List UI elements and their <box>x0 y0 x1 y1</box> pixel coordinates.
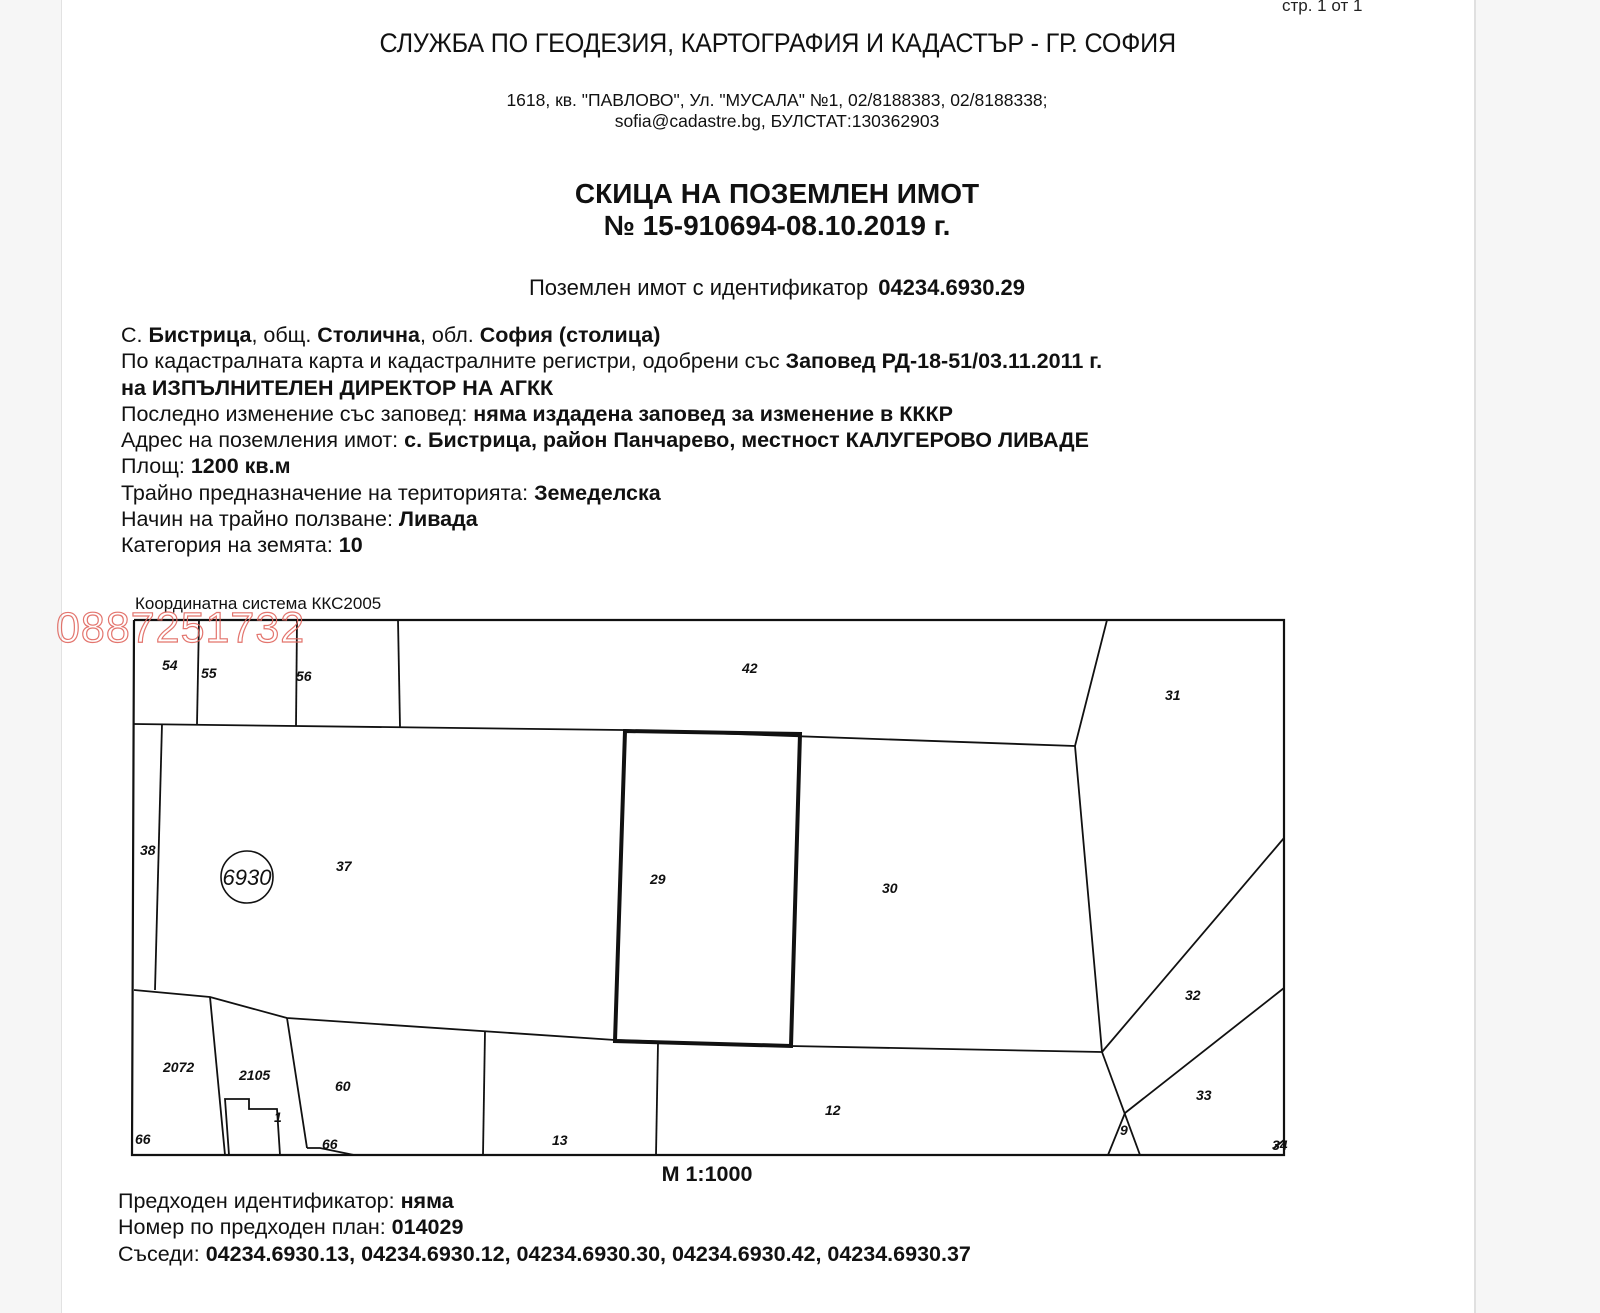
phone-watermark: 0887251732 <box>56 604 305 653</box>
area-line: Площ: 1200 кв.м <box>121 453 1102 479</box>
parcel-label: 55 <box>201 665 217 681</box>
area-value: 1200 кв.м <box>191 454 291 478</box>
footer-info: Предходен идентификатор: няма Номер по п… <box>118 1188 971 1267</box>
agency-contact: sofia@cadastre.bg, БУЛСТАТ:130362903 <box>62 111 1492 132</box>
agency-address: 1618, кв. "ПАВЛОВО", Ул. "МУСАЛА" №1, 02… <box>62 90 1492 111</box>
parcel-label: 32 <box>1185 987 1201 1003</box>
usage-line: Начин на трайно ползване: Ливада <box>121 506 1102 532</box>
map-scale: М 1:1000 <box>62 1162 1352 1187</box>
approval-order: Заповед РД-18-51/03.11.2011 г. <box>786 349 1102 373</box>
subject-parcel-outline <box>615 731 800 1046</box>
subject-parcel-label: 29 <box>649 871 666 887</box>
parcel-label: 9 <box>1120 1122 1128 1138</box>
parcel-label: 12 <box>825 1102 841 1118</box>
property-identifier: Поземлен имот с идентификатор04234.6930.… <box>62 275 1492 301</box>
parcel-label: 54 <box>162 657 178 673</box>
parcel-label: 30 <box>882 880 898 896</box>
property-info: С. Бистрица, общ. Столична, обл. София (… <box>121 322 1102 559</box>
location-line: С. Бистрица, общ. Столична, обл. София (… <box>121 322 1102 348</box>
identifier-label: Поземлен имот с идентификатор <box>529 275 868 300</box>
parcel-label: 42 <box>741 660 758 676</box>
neighbours-line: Съседи: 04234.6930.13, 04234.6930.12, 04… <box>118 1241 971 1267</box>
municipality: Столична <box>317 323 420 347</box>
identifier-value: 04234.6930.29 <box>878 275 1025 300</box>
neighbours-value: 04234.6930.13, 04234.6930.12, 04234.6930… <box>206 1242 971 1266</box>
document-page: стр. 1 от 1 СЛУЖБА ПО ГЕОДЕЗИЯ, КАРТОГРА… <box>61 0 1476 1313</box>
previous-id-line: Предходен идентификатор: няма <box>118 1188 971 1214</box>
parcel-label: 60 <box>335 1078 351 1094</box>
address-line: Адрес на поземления имот: с. Бистрица, р… <box>121 427 1102 453</box>
parcel-label: 34 <box>1272 1137 1288 1153</box>
parcel-label: 2105 <box>238 1067 270 1083</box>
approval-line: По кадастралната карта и кадастралните р… <box>121 348 1102 374</box>
document-number: № 15-910694-08.10.2019 г. <box>62 210 1492 242</box>
parcel-label: 66 <box>135 1131 151 1147</box>
category-line: Категория на земята: 10 <box>121 532 1102 558</box>
parcel-label: 66 <box>322 1136 338 1152</box>
region: София (столица) <box>480 323 661 347</box>
last-change-value: няма издадена заповед за изменение в ККК… <box>473 402 953 426</box>
category-value: 10 <box>339 533 363 557</box>
purpose-line: Трайно предназначение на територията: Зе… <box>121 480 1102 506</box>
agency-name: СЛУЖБА ПО ГЕОДЕЗИЯ, КАРТОГРАФИЯ И КАДАСТ… <box>113 28 1443 59</box>
address-value: с. Бистрица, район Панчарево, местност К… <box>404 428 1089 452</box>
usage-value: Ливада <box>399 507 478 531</box>
purpose-value: Земеделска <box>534 481 661 505</box>
parcel-label: 31 <box>1165 687 1181 703</box>
approval-by-line: на ИЗПЪЛНИТЕЛЕН ДИРЕКТОР НА АГКК <box>121 375 1102 401</box>
parcel-label: 1 <box>274 1109 282 1125</box>
village: Бистрица <box>148 323 251 347</box>
previous-plan-value: 014029 <box>392 1215 464 1239</box>
last-change-line: Последно изменение със заповед: няма изд… <box>121 401 1102 427</box>
parcel-label: 56 <box>296 668 312 684</box>
document-title: СКИЦА НА ПОЗЕМЛЕН ИМОТ <box>62 178 1492 210</box>
parcel-label: 13 <box>552 1132 568 1148</box>
parcel-label: 33 <box>1196 1087 1212 1103</box>
cadastral-map: 6930 54 55 56 42 31 38 37 29 30 32 2072 … <box>122 610 1292 1170</box>
page-number: стр. 1 от 1 <box>1282 0 1362 16</box>
parcel-label: 38 <box>140 842 156 858</box>
previous-plan-line: Номер по предходен план: 014029 <box>118 1214 971 1240</box>
parcel-label: 2072 <box>162 1059 194 1075</box>
block-number: 6930 <box>223 865 273 890</box>
parcel-boundaries <box>132 620 1284 1155</box>
parcel-label: 37 <box>336 858 353 874</box>
previous-id-value: няма <box>401 1189 454 1213</box>
